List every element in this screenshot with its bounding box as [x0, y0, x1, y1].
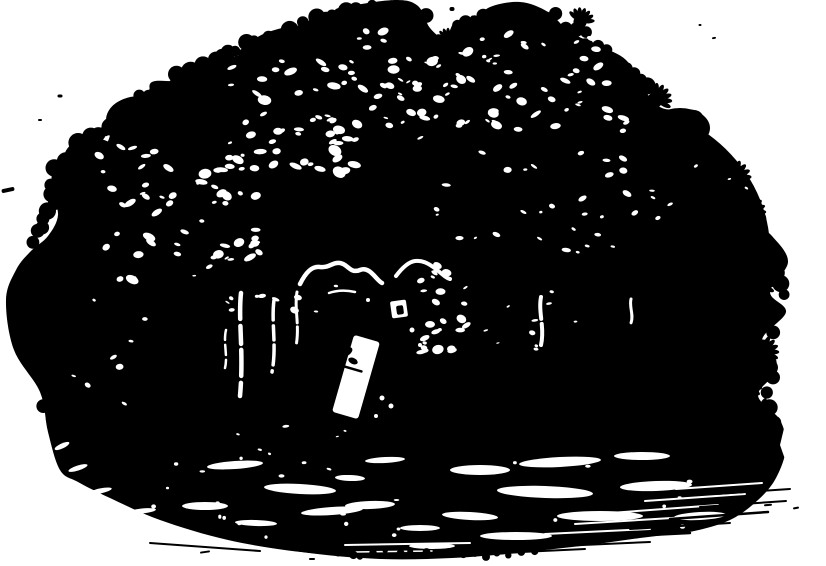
trunk-highlight — [631, 299, 632, 323]
small-panel — [390, 299, 408, 318]
trunk-highlight — [225, 330, 226, 368]
engraving-figure — [0, 0, 826, 566]
trunk-highlight — [272, 300, 274, 372]
engraving-svg — [0, 0, 826, 566]
trunk-highlight — [296, 292, 297, 346]
